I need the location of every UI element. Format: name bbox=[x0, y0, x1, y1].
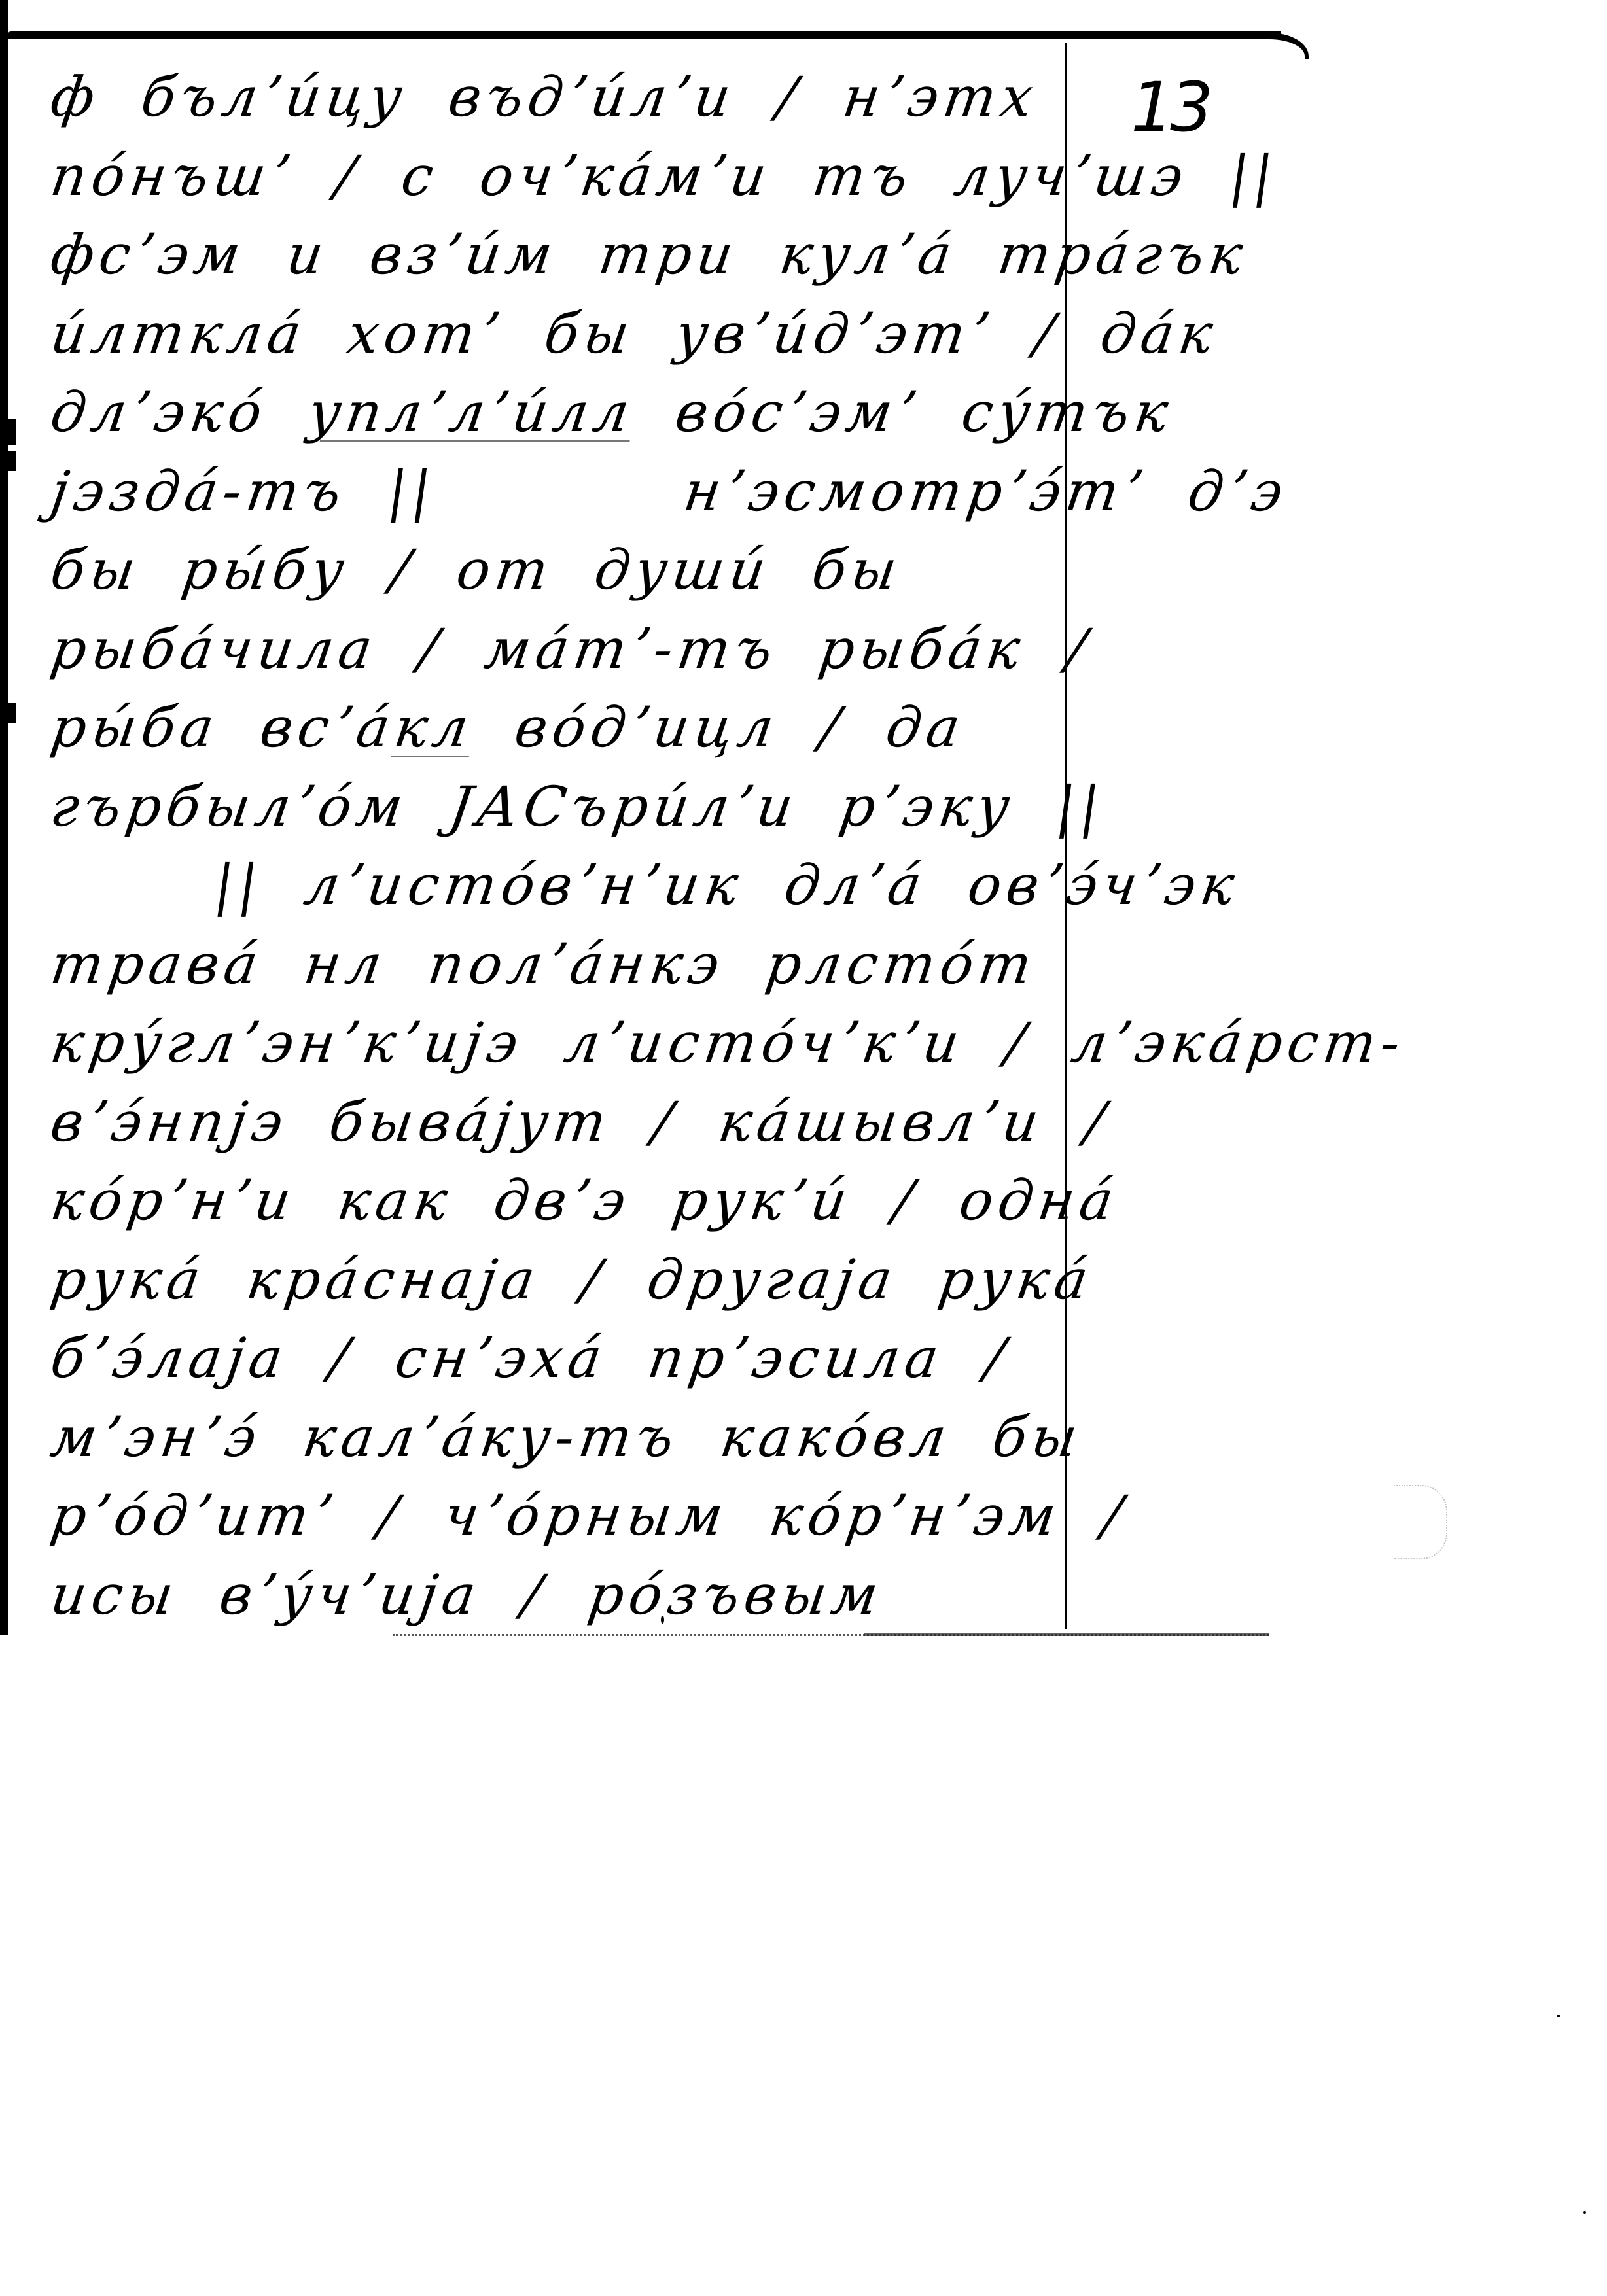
scan-edge-tab bbox=[7, 419, 16, 445]
text-line-11: || лʼисто́вʼнʼик длʼа́ овʼэ́чʼэк bbox=[46, 846, 1104, 925]
underlined-word: кл bbox=[391, 695, 478, 759]
handwritten-text-block: ф бълʼи́цу въдʼи́лʼи / нʼэтх по́нъшʼ / с… bbox=[46, 58, 1093, 1634]
text-line-5: длʼэко́ уплʼлʼи́лл во́сʼэмʼ су́тък bbox=[46, 373, 1104, 452]
text-line-6: јэзда́-тъ ||нʼэсмотрʼэ́тʼ дʼэ bbox=[46, 452, 1104, 531]
text-segment: во́дʼицл / да bbox=[468, 695, 969, 759]
scan-edge-tab bbox=[7, 703, 16, 723]
text-line-16: рука́ кра́снаја / другаја рука́ bbox=[46, 1240, 1104, 1319]
scan-speck bbox=[1583, 2211, 1586, 2214]
text-line-20: исы вʼу́чʼија / ро́зъвым bbox=[46, 1556, 1104, 1635]
text-line-8: рыба́чила / ма́тʼ-тъ рыба́к / bbox=[46, 610, 1104, 689]
scan-speck bbox=[1557, 2015, 1560, 2017]
text-line-1: ф бълʼи́цу въдʼи́лʼи / нʼэтх bbox=[46, 58, 1104, 137]
text-line-18: мʼэнʼэ́ калʼа́ку-тъ како́вл бы bbox=[46, 1398, 1104, 1477]
text-line-10: гърбылʼо́м ЈАСъри́лʼи рʼэку || bbox=[46, 767, 1104, 846]
text-segment: ры́ба всʼа́ bbox=[47, 695, 400, 759]
text-segment: јэзда́-тъ || bbox=[47, 459, 440, 523]
text-segment: длʼэко́ bbox=[47, 380, 314, 444]
text-line-4: и́лткла́ хотʼ бы увʼи́дʼэтʼ / да́к bbox=[46, 294, 1104, 374]
text-line-15: ко́рʼнʼи как двʼэ рукʼи́ / одна́ bbox=[46, 1161, 1104, 1240]
page-top-rule bbox=[5, 31, 1281, 39]
text-line-3: фсʼэм и взʼи́м три кулʼа́ тра́гък bbox=[46, 215, 1104, 294]
text-line-19: рʼо́дʼитʼ / чʼо́рным ко́рʼнʼэм / bbox=[46, 1476, 1104, 1556]
text-line-2: по́нъшʼ / с очʼка́мʼи тъ лучʼшэ || bbox=[46, 137, 1104, 216]
text-line-12: трава́ нл полʼа́нкэ рлсто́т bbox=[46, 925, 1104, 1004]
scan-speck bbox=[661, 1616, 664, 1624]
faint-scan-mark bbox=[1394, 1485, 1447, 1559]
underlined-word: уплʼлʼи́лл bbox=[305, 380, 639, 444]
scan-left-edge bbox=[0, 0, 8, 1635]
text-segment: нʼэсмотрʼэ́тʼ дʼэ bbox=[680, 459, 1292, 523]
text-line-13: кру́глʼэнʼкʼијэ лʼисто́чʼкʼи / лʼэка́рст… bbox=[46, 1003, 1104, 1083]
text-line-14: вʼэ́нпјэ быва́јут / ка́шывлʼи / bbox=[46, 1083, 1104, 1162]
text-segment: во́сʼэмʼ су́тък bbox=[629, 380, 1177, 444]
text-line-7: бы ры́бу / от души́ бы bbox=[46, 531, 1104, 610]
text-line-17: бʼэ́лаја / снʼэха́ прʼэсила / bbox=[46, 1319, 1104, 1398]
scan-edge-tab bbox=[7, 451, 16, 471]
page-number: 13 bbox=[1131, 73, 1209, 141]
page-top-rule-curl bbox=[1263, 33, 1309, 59]
text-line-9: ры́ба всʼа́кл во́дʼицл / да bbox=[46, 688, 1104, 767]
